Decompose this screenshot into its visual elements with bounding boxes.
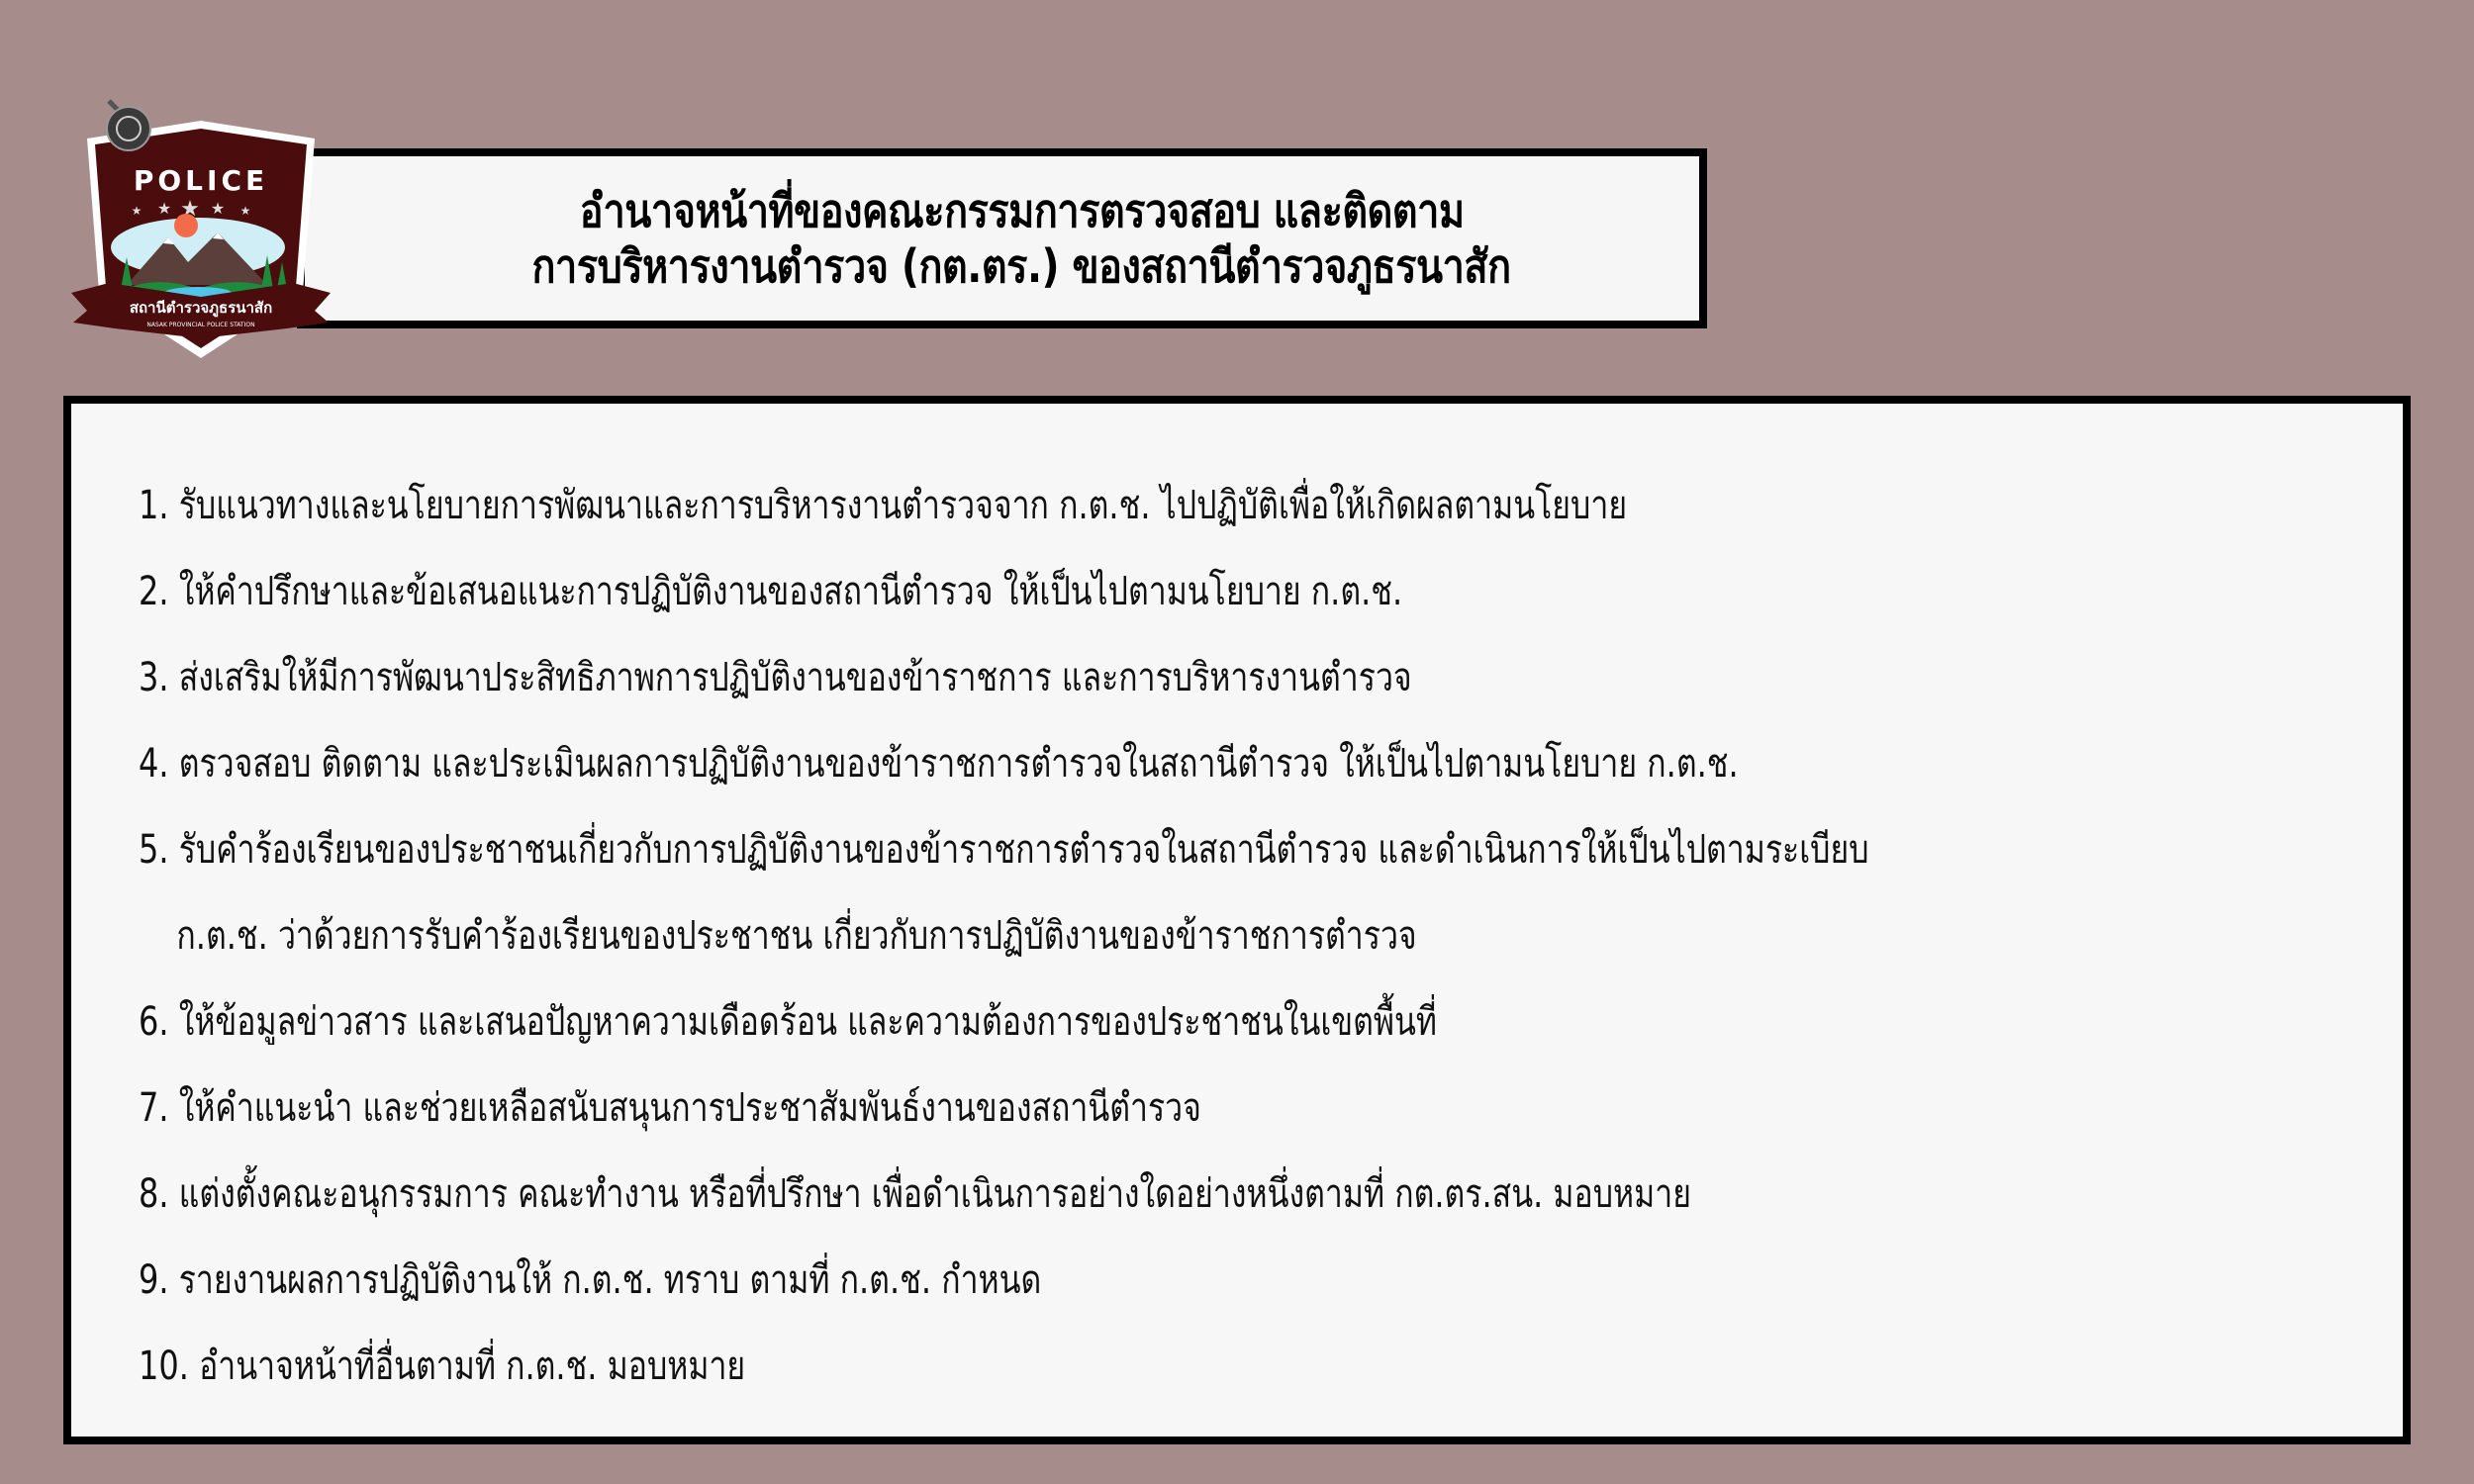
duty-item-5: 5. รับคำร้องเรียนของประชาชนเกี่ยวกับการป…: [139, 807, 1934, 893]
duty-item-1: 1. รับแนวทางและนโยบายการพัฒนาและการบริหา…: [139, 463, 1934, 549]
svg-text:NASAK PROVINCIAL POLICE STATIO: NASAK PROVINCIAL POLICE STATION: [146, 322, 254, 328]
duty-item-5-continued: ก.ต.ช. ว่าด้วยการรับคำร้องเรียนของประชาช…: [139, 893, 1934, 979]
svg-text:POLICE: POLICE: [134, 164, 268, 197]
title-banner: อำนาจหน้าที่ของคณะกรรมการตรวจสอบ และติดต…: [297, 148, 1707, 328]
duty-item-8: 8. แต่งตั้งคณะอนุกรรมการ คณะทำงาน หรือที…: [139, 1152, 1934, 1238]
duty-item-3: 3. ส่งเสริมให้มีการพัฒนาประสิทธิภาพการปฏ…: [139, 635, 1934, 721]
svg-text:★: ★: [132, 204, 143, 218]
duties-list: 1. รับแนวทางและนโยบายการพัฒนาและการบริหา…: [139, 463, 2383, 1410]
duty-item-2: 2. ให้คำปรึกษาและข้อเสนอแนะการปฏิบัติงาน…: [139, 549, 1934, 635]
duty-item-6: 6. ให้ข้อมูลข่าวสาร และเสนอปัญหาความเดือ…: [139, 979, 1934, 1066]
page-title-line-1: อำนาจหน้าที่ของคณะกรรมการตรวจสอบ และติดต…: [580, 183, 1465, 238]
svg-text:สถานีตำรวจภูธรนาสัก: สถานีตำรวจภูธรนาสัก: [130, 299, 272, 318]
duty-item-4: 4. ตรวจสอบ ติดตาม และประเมินผลการปฏิบัติ…: [139, 721, 1934, 807]
svg-text:★: ★: [211, 199, 225, 218]
duty-item-10: 10. อำนาจหน้าที่อื่นตามที่ ก.ต.ช. มอบหมา…: [139, 1324, 1934, 1410]
duties-panel: 1. รับแนวทางและนโยบายการพัฒนาและการบริหา…: [63, 396, 2411, 1444]
police-station-logo: POLICE ★ ★ ★ ★ ★ สถานีตำรวจภูธรนาสัก NAS…: [69, 99, 333, 366]
duty-item-7: 7. ให้คำแนะนำ และช่วยเหลือสนับสนุนการประ…: [139, 1066, 1934, 1152]
page-title-line-2: การบริหารงานตำรวจ (กต.ตร.) ของสถานีตำรวจ…: [532, 238, 1511, 294]
svg-text:★: ★: [240, 204, 251, 218]
svg-text:★: ★: [157, 199, 171, 218]
duty-item-9: 9. รายงานผลการปฏิบัติงานให้ ก.ต.ช. ทราบ …: [139, 1238, 1934, 1324]
emblem-icon: [107, 107, 150, 150]
